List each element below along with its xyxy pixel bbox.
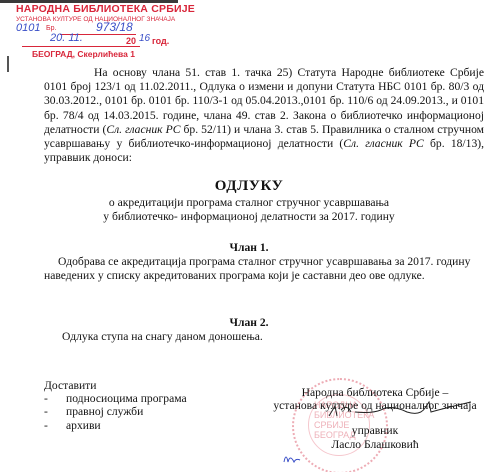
stamp-year: 16 bbox=[139, 33, 150, 44]
stamp-date: 20. 11. bbox=[50, 32, 83, 44]
gazette-ref: Сл. гласник РС bbox=[106, 123, 180, 136]
delivery-item-label: правној служби bbox=[66, 405, 143, 418]
article-1-line: Одобрава се акредитација програма стално… bbox=[44, 255, 484, 269]
document-title: ОДЛУКУ bbox=[0, 178, 498, 195]
handwritten-signature-icon bbox=[325, 400, 475, 422]
stamp-number-label: Бр. bbox=[46, 25, 56, 32]
document-subtitle: о акредитацији програма сталног стручног… bbox=[0, 196, 498, 223]
stamp-institution: НАРОДНА БИБЛИОТЕКА СРБИЈЕ bbox=[16, 3, 195, 15]
stamp-date-line bbox=[22, 46, 140, 47]
delivery-item: -подносиоцима програма bbox=[44, 392, 187, 405]
delivery-list: Доставити -подносиоцима програма -правно… bbox=[44, 379, 187, 432]
registry-stamp: НАРОДНА БИБЛИОТЕКА СРБИЈЕ УСТАНОВА КУЛТУ… bbox=[0, 0, 178, 60]
delivery-item: -правној служби bbox=[44, 405, 187, 418]
stamp-address: БЕОГРАД, Скерлићева 1 bbox=[32, 49, 135, 59]
article-2-body: Одлука ступа на снагу даном доношења. bbox=[62, 330, 263, 344]
bullet: - bbox=[44, 392, 66, 405]
delivery-item-label: подносиоцима програма bbox=[66, 392, 187, 405]
signature-role: управник bbox=[260, 424, 490, 438]
gazette-ref: Сл. гласник РС bbox=[343, 137, 423, 150]
delivery-heading: Доставити bbox=[44, 379, 187, 392]
bullet: - bbox=[44, 419, 66, 432]
article-2-heading: Члан 2. bbox=[0, 316, 498, 329]
stamp-number: 973/18 bbox=[96, 20, 133, 34]
signature-institution: Народна библиотека Србије – bbox=[260, 386, 490, 400]
stray-dot: . bbox=[74, 152, 77, 164]
stamp-code: 0101 bbox=[16, 22, 40, 34]
initials-icon bbox=[282, 450, 302, 466]
bullet: - bbox=[44, 405, 66, 418]
article-1-line: наведених у списку акредитованих програм… bbox=[44, 269, 425, 282]
stamp-year-prefix: 20 bbox=[126, 36, 136, 46]
delivery-item: -архиви bbox=[44, 419, 187, 432]
preamble: На основу члана 51. став 1. тачка 25) Ст… bbox=[44, 66, 484, 165]
stamp-year-suffix: год. bbox=[152, 36, 169, 46]
subtitle-line: у библиотечко- информационој делатности … bbox=[0, 210, 498, 224]
article-1-heading: Члан 1. bbox=[0, 241, 498, 254]
margin-mark bbox=[7, 56, 9, 72]
delivery-item-label: архиви bbox=[66, 419, 101, 432]
article-1-body: Одобрава се акредитација програма стално… bbox=[44, 255, 484, 282]
subtitle-line: о акредитацији програма сталног стручног… bbox=[0, 196, 498, 210]
preamble-text: На основу члана 51. став 1. тачка 25) Ст… bbox=[44, 66, 484, 165]
